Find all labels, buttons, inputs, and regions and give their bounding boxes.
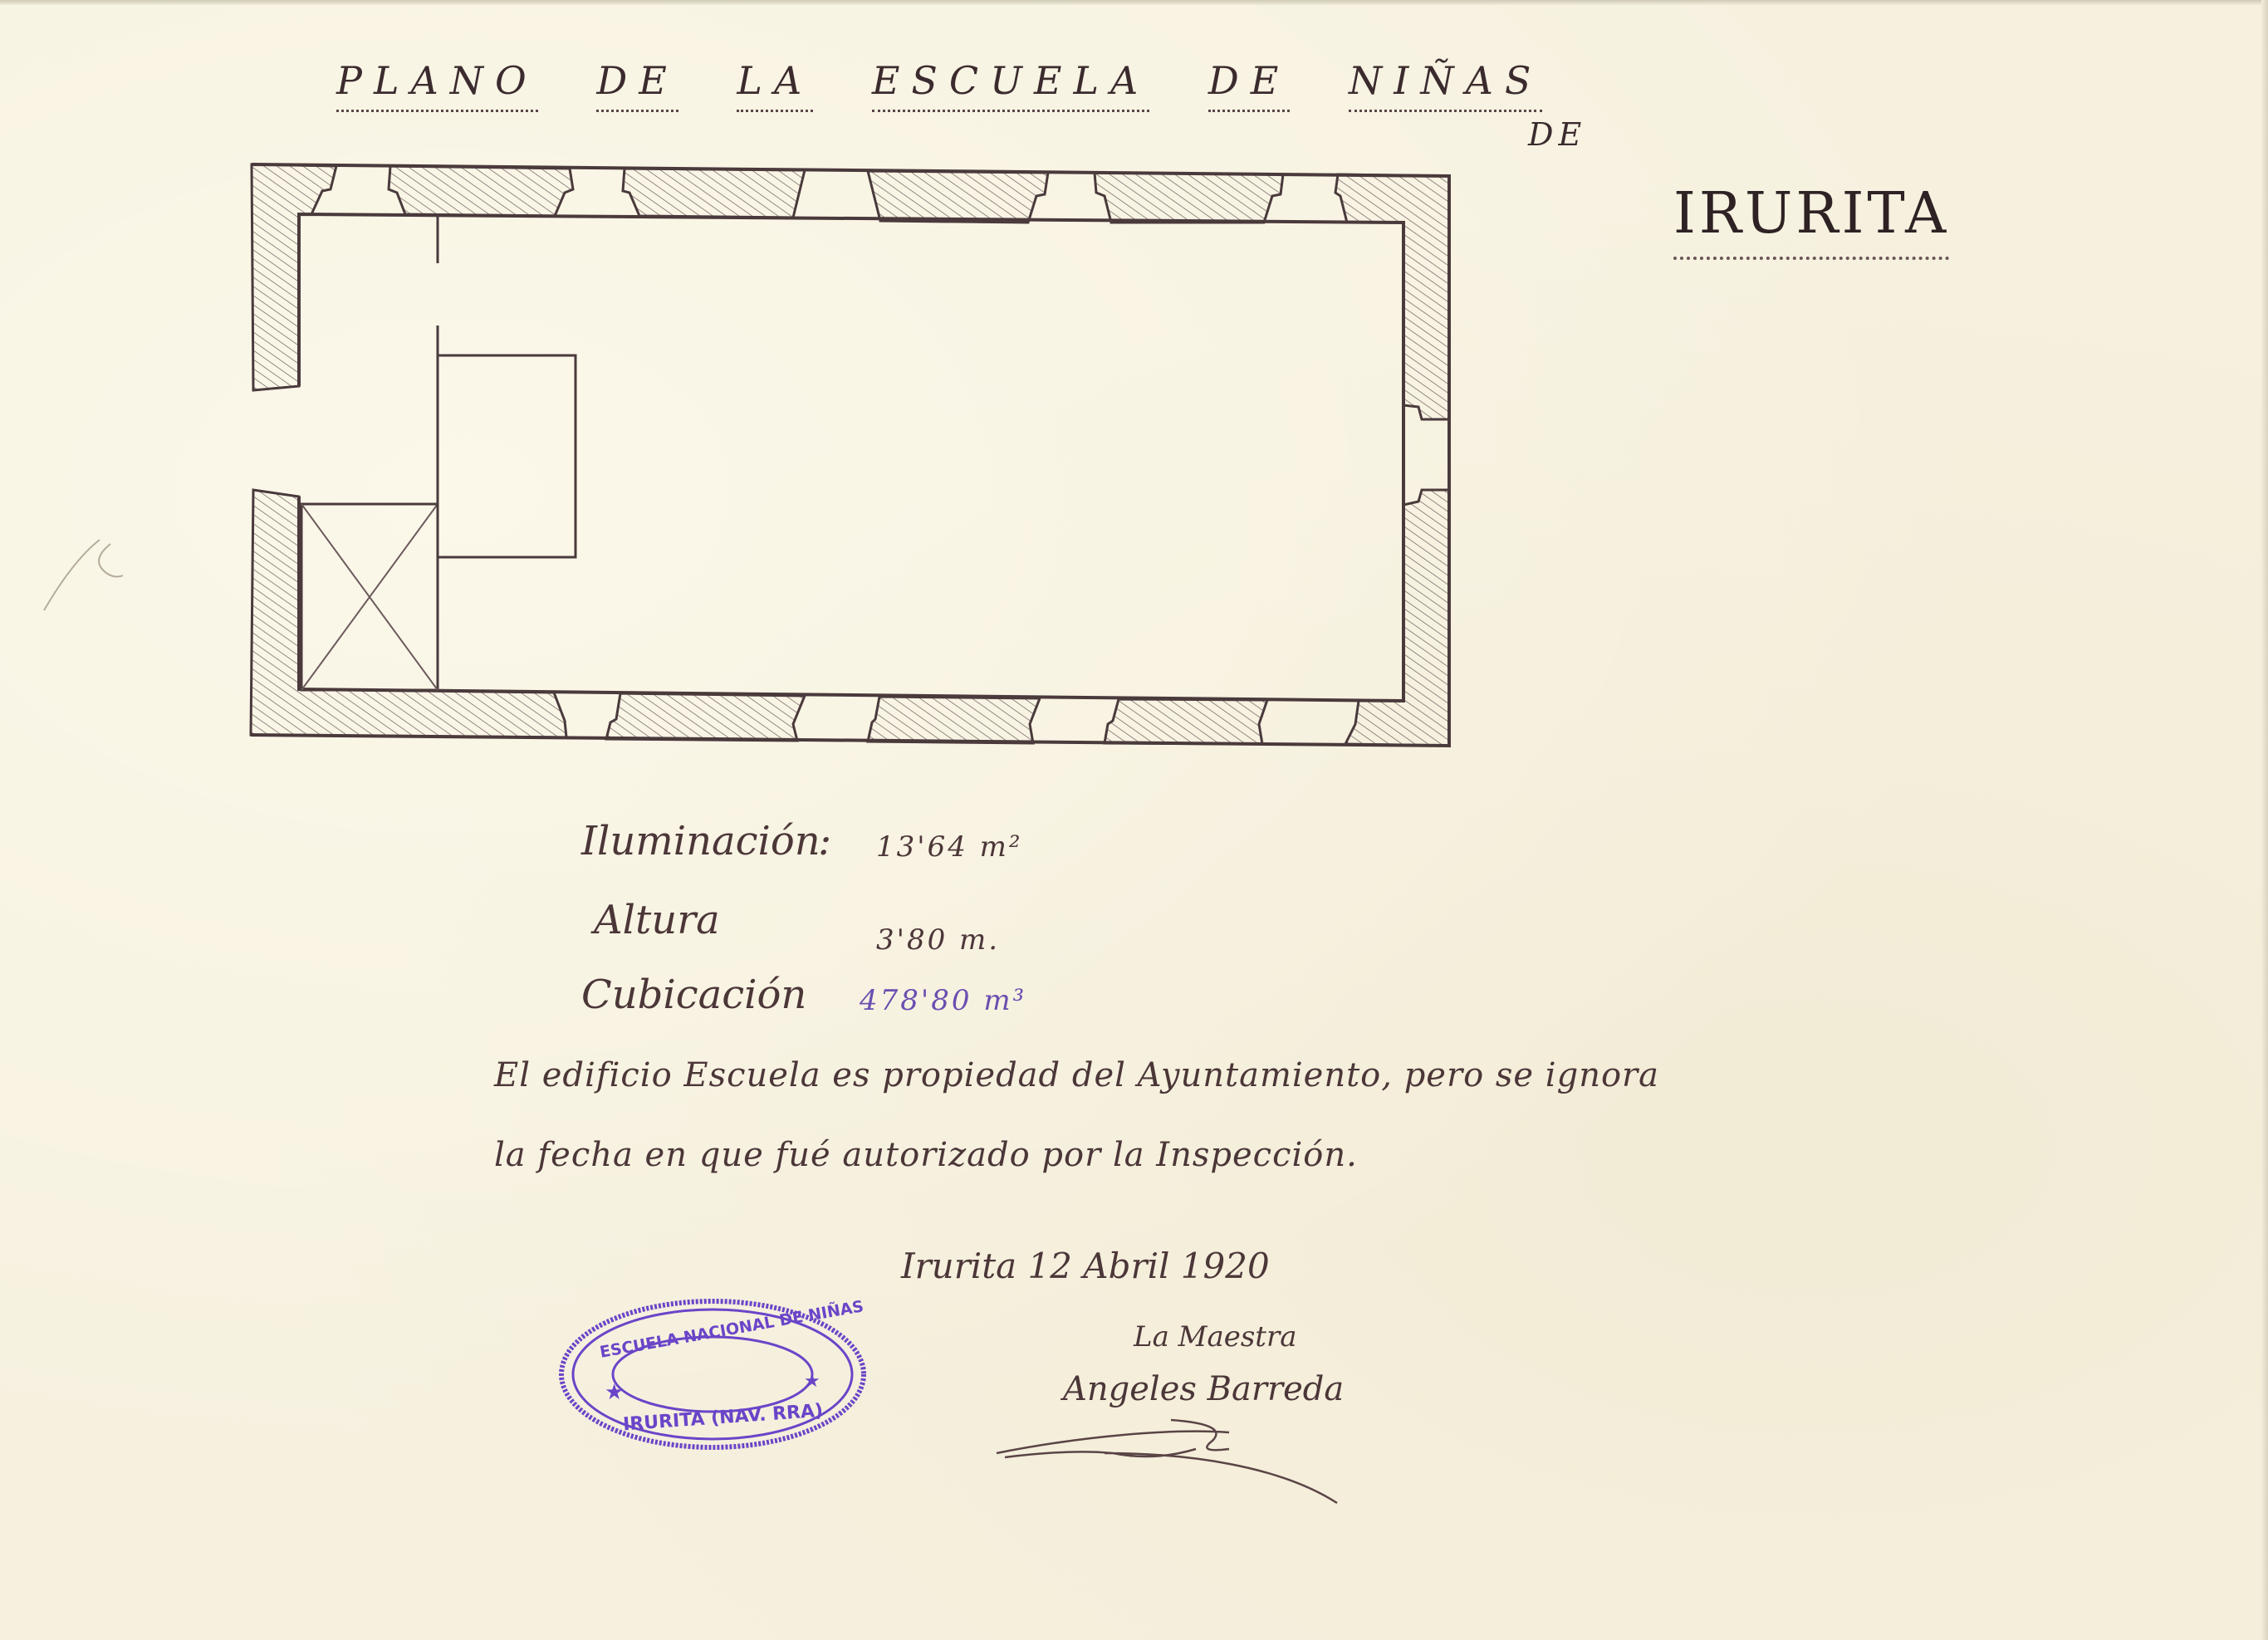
title-word: PLANO <box>336 58 538 112</box>
document-title: PLANO DE LA ESCUELA DE NIÑAS <box>336 58 1577 112</box>
top-wall-segment <box>1335 174 1449 419</box>
title-word: DE <box>596 58 678 112</box>
top-wall-segment <box>1095 173 1283 223</box>
right-wall-segment <box>1345 490 1449 746</box>
stair-box <box>301 504 438 690</box>
title-word: NIÑAS <box>1349 58 1542 112</box>
signature-role: La Maestra <box>1134 1320 1297 1354</box>
title-connector: DE <box>1528 116 1586 153</box>
top-wall-segment <box>623 169 805 218</box>
town-name: IRURITA <box>1673 181 1949 260</box>
spec-label: Altura <box>594 897 720 943</box>
bottom-wall-segment <box>1105 699 1267 744</box>
top-wall-segment <box>389 166 573 216</box>
bottom-wall-segment <box>868 697 1040 743</box>
place-date: Irurita 12 Abril 1920 <box>901 1246 1270 1286</box>
wall-outlines <box>251 164 1449 746</box>
official-stamp: ★ ★ ESCUELA NACIONAL DE NIÑAS IRURITA (N… <box>555 1295 870 1453</box>
spec-value: 3'80 m. <box>876 923 1000 957</box>
floor-plan <box>241 154 1470 760</box>
top-wall-segment <box>868 171 1048 223</box>
platform-rect <box>438 355 576 557</box>
note-line: la fecha en que fué autorizado por la In… <box>494 1136 1358 1174</box>
spec-value: 478'80 m³ <box>860 984 1026 1017</box>
spec-label: Cubicación <box>581 972 806 1018</box>
spec-label: Iluminación <box>581 818 820 864</box>
spec-value: 13'64 m² <box>876 830 1023 864</box>
top-wall-segment <box>252 164 336 390</box>
paper-right-edge <box>2261 0 2268 1640</box>
margin-pencil-mark <box>40 536 123 622</box>
signature-flourish <box>980 1403 1362 1511</box>
svg-text:★: ★ <box>605 1380 624 1405</box>
svg-text:★: ★ <box>804 1371 820 1392</box>
title-word: ESCUELA <box>872 58 1149 112</box>
title-word: DE <box>1208 58 1290 112</box>
note-line: El edificio Escuela es propiedad del Ayu… <box>494 1056 1659 1094</box>
paper-top-edge <box>0 0 2268 5</box>
spec-separator: : <box>818 818 831 864</box>
walls <box>251 164 1449 746</box>
bottom-wall-segment <box>606 693 805 741</box>
title-word: LA <box>737 58 813 112</box>
